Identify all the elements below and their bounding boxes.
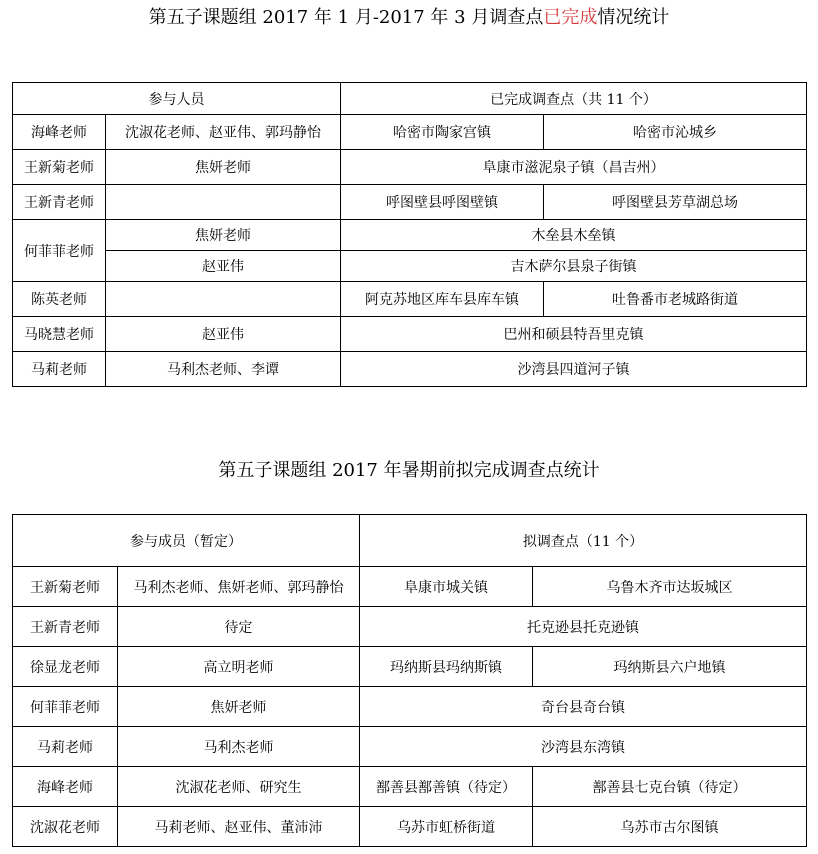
members-cell: 高立明老师 bbox=[118, 647, 360, 687]
teacher-name-cell: 海峰老师 bbox=[13, 115, 106, 150]
members-cell-empty bbox=[106, 282, 341, 317]
site-cell: 鄯善县鄯善镇（待定） bbox=[360, 767, 533, 807]
table-row: 马莉老师 马利杰老师 沙湾县东湾镇 bbox=[13, 727, 807, 767]
site-cell: 呼图壁县呼图壁镇 bbox=[341, 185, 544, 220]
teacher-name-cell: 马莉老师 bbox=[13, 352, 106, 387]
members-cell-empty bbox=[106, 185, 341, 220]
table-row: 沈淑花老师 马莉老师、赵亚伟、董沛沛 乌苏市虹桥街道 乌苏市古尔图镇 bbox=[13, 807, 807, 847]
teacher-name-cell: 陈英老师 bbox=[13, 282, 106, 317]
teacher-name-cell: 王新青老师 bbox=[13, 607, 118, 647]
table-row: 马晓慧老师 赵亚伟 巴州和硕县特吾里克镇 bbox=[13, 317, 807, 352]
header-members: 参与成员（暂定） bbox=[13, 515, 360, 567]
table-header-row: 参与人员 已完成调查点（共 11 个） bbox=[13, 83, 807, 115]
members-cell: 焦妍老师 bbox=[106, 220, 341, 251]
site-cell: 吉木萨尔县泉子街镇 bbox=[341, 251, 807, 282]
site-cell: 鄯善县七克台镇（待定） bbox=[533, 767, 807, 807]
header-completed-sites: 已完成调查点（共 11 个） bbox=[341, 83, 807, 115]
teacher-name-cell: 海峰老师 bbox=[13, 767, 118, 807]
teacher-name-cell: 何菲菲老师 bbox=[13, 687, 118, 727]
table-row: 何菲菲老师 焦妍老师 木垒县木垒镇 bbox=[13, 220, 807, 251]
table-row: 海峰老师 沈淑花老师、赵亚伟、郭玛静怡 哈密市陶家宫镇 哈密市沁城乡 bbox=[13, 115, 807, 150]
title2-text: 第五子课题组 2017 年暑期前拟完成调查点统计 bbox=[218, 460, 599, 481]
planned-survey-title: 第五子课题组 2017 年暑期前拟完成调查点统计 bbox=[0, 459, 818, 483]
table-header-row: 参与成员（暂定） 拟调查点（11 个） bbox=[13, 515, 807, 567]
table-row: 王新青老师 呼图壁县呼图壁镇 呼图壁县芳草湖总场 bbox=[13, 185, 807, 220]
table-row: 王新菊老师 焦妍老师 阜康市滋泥泉子镇（昌吉州） bbox=[13, 150, 807, 185]
table-row: 海峰老师 沈淑花老师、研究生 鄯善县鄯善镇（待定） 鄯善县七克台镇（待定） bbox=[13, 767, 807, 807]
site-cell: 乌鲁木齐市达坂城区 bbox=[533, 567, 807, 607]
teacher-name-cell: 王新菊老师 bbox=[13, 567, 118, 607]
site-cell: 呼图壁县芳草湖总场 bbox=[544, 185, 807, 220]
site-cell: 乌苏市古尔图镇 bbox=[533, 807, 807, 847]
members-cell: 赵亚伟 bbox=[106, 251, 341, 282]
members-cell: 马莉老师、赵亚伟、董沛沛 bbox=[118, 807, 360, 847]
teacher-name-cell: 马晓慧老师 bbox=[13, 317, 106, 352]
members-cell: 马利杰老师 bbox=[118, 727, 360, 767]
members-cell: 马利杰老师、李谭 bbox=[106, 352, 341, 387]
members-cell: 焦妍老师 bbox=[106, 150, 341, 185]
members-cell: 沈淑花老师、研究生 bbox=[118, 767, 360, 807]
members-cell: 待定 bbox=[118, 607, 360, 647]
site-cell: 吐鲁番市老城路街道 bbox=[544, 282, 807, 317]
teacher-name-cell: 马莉老师 bbox=[13, 727, 118, 767]
site-cell: 阜康市城关镇 bbox=[360, 567, 533, 607]
table-row: 马莉老师 马利杰老师、李谭 沙湾县四道河子镇 bbox=[13, 352, 807, 387]
planned-survey-table: 参与成员（暂定） 拟调查点（11 个） 王新菊老师 马利杰老师、焦妍老师、郭玛静… bbox=[12, 514, 807, 847]
header-participants: 参与人员 bbox=[13, 83, 341, 115]
table-row: 何菲菲老师 焦妍老师 奇台县奇台镇 bbox=[13, 687, 807, 727]
teacher-name-cell: 何菲菲老师 bbox=[13, 220, 106, 282]
site-cell: 玛纳斯县六户地镇 bbox=[533, 647, 807, 687]
site-cell: 木垒县木垒镇 bbox=[341, 220, 807, 251]
document-page: 第五子课题组 2017 年 1 月-2017 年 3 月调查点已完成情况统计 参… bbox=[0, 0, 818, 854]
title1-suffix: 情况统计 bbox=[597, 7, 669, 28]
completed-survey-title: 第五子课题组 2017 年 1 月-2017 年 3 月调查点已完成情况统计 bbox=[0, 6, 818, 30]
title1-prefix: 第五子课题组 2017 年 1 月-2017 年 3 月调查点 bbox=[149, 7, 544, 28]
teacher-name-cell: 王新青老师 bbox=[13, 185, 106, 220]
table-row: 赵亚伟 吉木萨尔县泉子街镇 bbox=[13, 251, 807, 282]
site-cell: 奇台县奇台镇 bbox=[360, 687, 807, 727]
members-cell: 赵亚伟 bbox=[106, 317, 341, 352]
site-cell: 阿克苏地区库车县库车镇 bbox=[341, 282, 544, 317]
site-cell: 哈密市陶家宫镇 bbox=[341, 115, 544, 150]
table-row: 陈英老师 阿克苏地区库车县库车镇 吐鲁番市老城路街道 bbox=[13, 282, 807, 317]
members-cell: 焦妍老师 bbox=[118, 687, 360, 727]
table-row: 徐显龙老师 高立明老师 玛纳斯县玛纳斯镇 玛纳斯县六户地镇 bbox=[13, 647, 807, 687]
site-cell: 乌苏市虹桥街道 bbox=[360, 807, 533, 847]
title1-highlight: 已完成 bbox=[543, 7, 597, 28]
table-row: 王新菊老师 马利杰老师、焦妍老师、郭玛静怡 阜康市城关镇 乌鲁木齐市达坂城区 bbox=[13, 567, 807, 607]
members-cell: 马利杰老师、焦妍老师、郭玛静怡 bbox=[118, 567, 360, 607]
site-cell: 巴州和硕县特吾里克镇 bbox=[341, 317, 807, 352]
site-cell: 哈密市沁城乡 bbox=[544, 115, 807, 150]
site-cell: 沙湾县四道河子镇 bbox=[341, 352, 807, 387]
teacher-name-cell: 沈淑花老师 bbox=[13, 807, 118, 847]
completed-survey-table: 参与人员 已完成调查点（共 11 个） 海峰老师 沈淑花老师、赵亚伟、郭玛静怡 … bbox=[12, 82, 807, 387]
header-planned-sites: 拟调查点（11 个） bbox=[360, 515, 807, 567]
members-cell: 沈淑花老师、赵亚伟、郭玛静怡 bbox=[106, 115, 341, 150]
site-cell: 阜康市滋泥泉子镇（昌吉州） bbox=[341, 150, 807, 185]
teacher-name-cell: 徐显龙老师 bbox=[13, 647, 118, 687]
teacher-name-cell: 王新菊老师 bbox=[13, 150, 106, 185]
site-cell: 托克逊县托克逊镇 bbox=[360, 607, 807, 647]
table-row: 王新青老师 待定 托克逊县托克逊镇 bbox=[13, 607, 807, 647]
site-cell: 沙湾县东湾镇 bbox=[360, 727, 807, 767]
site-cell: 玛纳斯县玛纳斯镇 bbox=[360, 647, 533, 687]
